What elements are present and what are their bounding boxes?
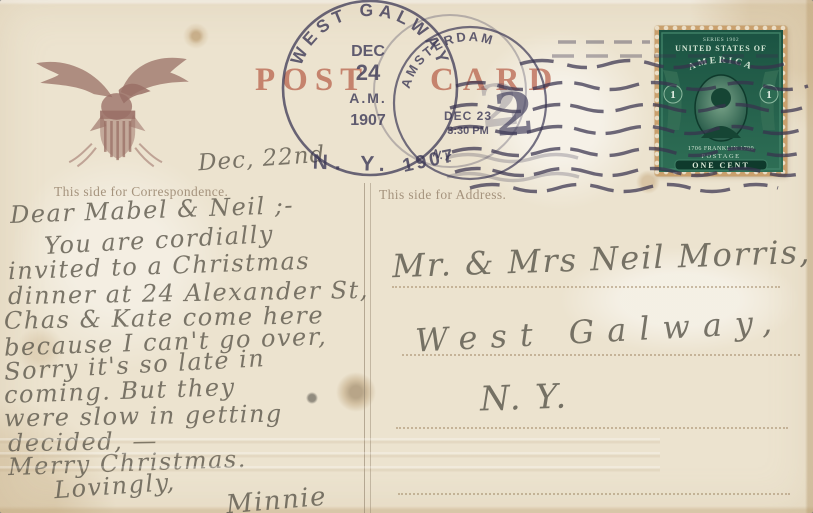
address-line-town: West Galway, xyxy=(414,302,785,359)
dotted-address-line xyxy=(396,427,788,429)
franklin-portrait xyxy=(711,88,731,108)
postcard-back: POST CARD This side for Correspondence. … xyxy=(0,0,813,513)
stamp-postage-text: POSTAGE xyxy=(701,153,740,160)
svg-text:N.Y.: N.Y. xyxy=(431,147,454,165)
svg-text:WEST GALWAY: WEST GALWAY xyxy=(286,0,455,70)
stamp-series-text: SERIES 1902 xyxy=(703,37,739,43)
svg-text:3:30 PM: 3:30 PM xyxy=(447,125,489,137)
address-line-state: N. Y. xyxy=(479,376,568,419)
stamp-dates-text: 1706 FRANKLIN 1790 xyxy=(688,146,754,152)
stamp-denomination-right: 1 xyxy=(766,89,772,101)
divider-line xyxy=(364,183,371,513)
dotted-address-line xyxy=(398,493,790,495)
svg-text:DEC 23: DEC 23 xyxy=(444,109,492,123)
post-card-title-card: CARD xyxy=(430,62,561,99)
eagle-shield-emblem xyxy=(30,40,195,170)
handwritten-date: Dec, 22nd xyxy=(197,142,326,177)
eagle-left-wing xyxy=(36,62,112,97)
dotted-address-line xyxy=(392,286,780,288)
signature-name: Minnie xyxy=(225,482,328,513)
svg-text:1907: 1907 xyxy=(350,112,386,129)
stamp-country-text: UNITED STATES OF xyxy=(675,44,767,53)
svg-text:DEC: DEC xyxy=(351,43,385,60)
address-line-recipient: Mr. & Mrs Neil Morris, xyxy=(391,233,811,286)
franklin-one-cent-stamp: SERIES 1902 UNITED STATES OF AMERICA 1 1… xyxy=(655,26,787,176)
stamp-value-text: ONE CENT xyxy=(692,161,750,170)
svg-text:1907: 1907 xyxy=(401,145,458,177)
stamp-denomination-left: 1 xyxy=(670,89,676,101)
post-card-title-post: POST xyxy=(255,62,369,99)
address-label: This side for Address. xyxy=(379,187,506,203)
